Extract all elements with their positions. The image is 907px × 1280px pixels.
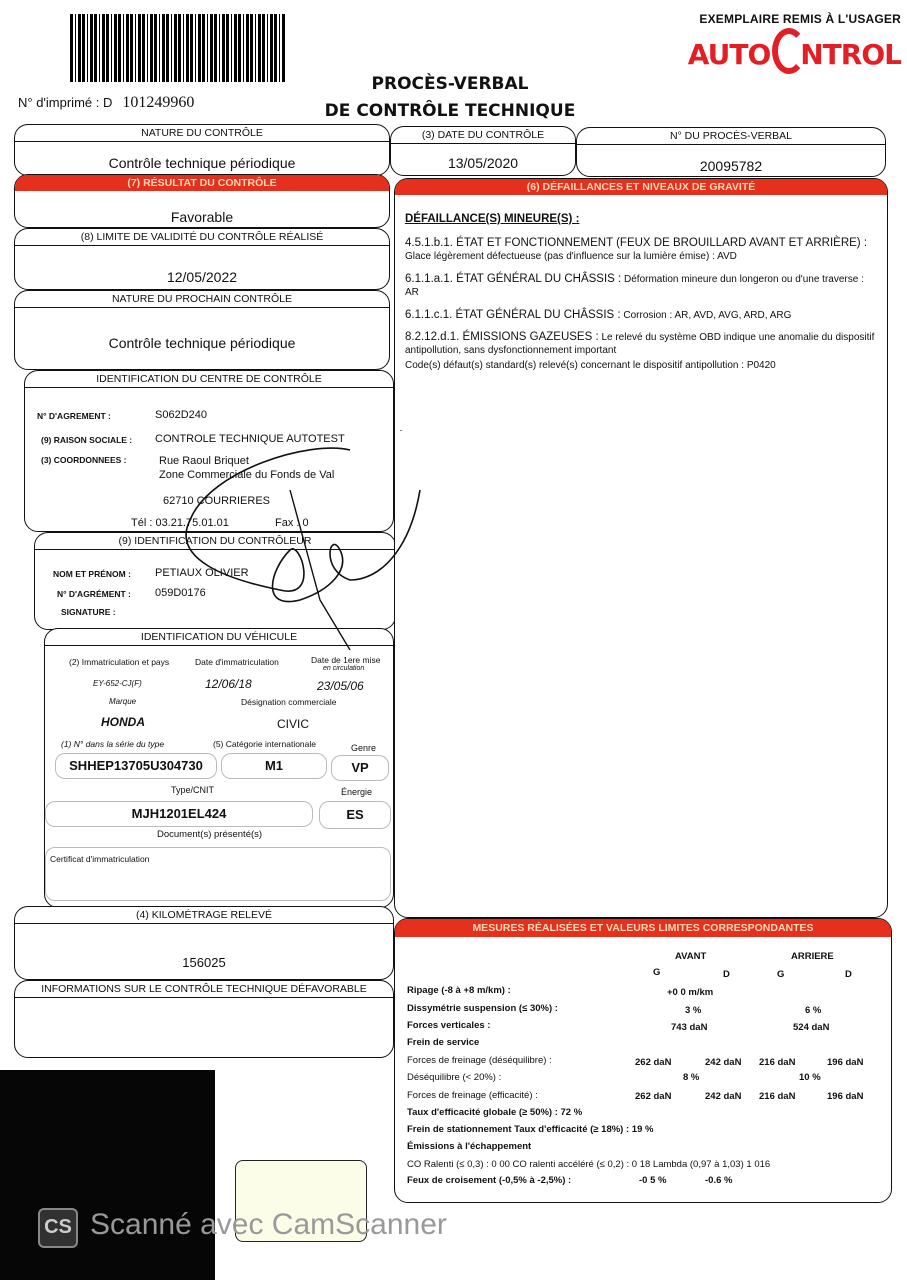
freinage-deseq-avg: 262 daN [635,1057,671,1068]
dissym-arriere: 6 % [805,1005,821,1016]
pv-box: N° DU PROCÈS-VERBAL 20095782 [576,127,886,177]
energie-label: Énergie [341,787,372,797]
avant-header: AVANT [675,951,706,962]
barcode [70,14,285,82]
validity-box: (8) LIMITE DE VALIDITÉ DU CONTRÔLE RÉALI… [14,228,390,290]
immat-value: EY-652-CJ(F) [93,679,142,688]
pv-value: 20095782 [577,158,885,174]
defavorable-box: INFORMATIONS SUR LE CONTRÔLE TECHNIQUE D… [14,980,394,1058]
co-line: CO Ralenti (≤ 0,3) : 0 00 CO ralenti acc… [407,1159,770,1170]
documents-label: Document(s) présenté(s) [157,829,262,840]
defaillance-item: 4.5.1.b.1. ÉTAT ET FONCTIONNEMENT (FEUX … [405,237,877,263]
freinage-deseq-label: Forces de freinage (déséquilibre) : [407,1055,552,1066]
designation-value: CIVIC [277,717,309,731]
freinage-eff-arg: 216 daN [759,1091,795,1102]
avant-d: D [723,969,730,980]
kilometrage-label: (4) KILOMÉTRAGE RELEVÉ [15,907,393,924]
kilometrage-box: (4) KILOMÉTRAGE RELEVÉ 156025 [14,906,394,980]
coord-label: (3) COORDONNEES : [41,455,126,465]
freinage-eff-ard: 196 daN [827,1091,863,1102]
ripage-value: +0 0 m/km [667,987,713,998]
camscanner-icon: CS [38,1208,78,1248]
camscanner-watermark: Scanné avec CamScanner [90,1208,447,1242]
raison-label: (9) RAISON SOCIALE : [41,435,132,445]
forces-vert-avant: 743 daN [671,1022,707,1033]
freinage-deseq-ard: 196 daN [827,1057,863,1068]
result-label: (7) RÉSULTAT DU CONTRÔLE [15,175,389,191]
date-mise-value: 23/05/06 [317,679,364,693]
nature-label: NATURE DU CONTRÔLE [15,125,389,142]
arriere-d: D [845,969,852,980]
type-value: MJH1201EL424 [45,801,313,827]
categorie-value: M1 [221,753,327,779]
scan-dark-area [0,1070,215,1280]
controleur-agrement-label: N° D'AGRÉMENT : [57,589,131,599]
freinage-eff-label: Forces de freinage (efficacité) : [407,1090,538,1101]
genre-value: VP [331,755,389,781]
freinage-deseq-arg: 216 daN [759,1057,795,1068]
marque-label: Marque [109,697,136,706]
forces-vert-label: Forces verticales : [407,1020,490,1031]
date-box: (3) DATE DU CONTRÔLE 13/05/2020 [390,126,576,176]
categorie-label: (5) Catégorie internationale [213,739,316,749]
next-control-label: NATURE DU PROCHAIN CONTRÔLE [15,291,389,308]
deseq-arriere: 10 % [799,1072,821,1083]
feux-label: Feux de croisement (-0,5% à -2,5%) : [407,1175,571,1186]
vehicule-box: IDENTIFICATION DU VÉHICULE (2) Immatricu… [44,628,394,908]
immat-label: (2) Immatriculation et pays [69,657,169,667]
taux-global: Taux d'efficacité globale (≥ 50%) : 72 % [407,1107,582,1118]
feux-d: -0.6 % [705,1175,732,1186]
ripage-label: Ripage (-8 à +8 m/km) : [407,985,511,996]
dissym-label: Dissymétrie suspension (≤ 30%) : [407,1003,558,1014]
freinage-deseq-avd: 242 daN [705,1057,741,1068]
doc-title-line1: PROCÈS-VERBAL [300,74,600,94]
arriere-g: G [777,969,784,980]
imprime-label: N° d'imprimé : D [18,95,112,110]
forces-vert-arriere: 524 daN [793,1022,829,1033]
serie-label: (1) N° dans la série du type [61,739,164,749]
freinage-eff-avg: 262 daN [635,1091,671,1102]
mesures-box: MESURES RÉALISÉES ET VALEURS LIMITES COR… [394,918,892,1203]
centre-agrement-value: S062D240 [155,409,207,421]
feux-g: -0 5 % [639,1175,666,1186]
validity-value: 12/05/2022 [15,269,389,285]
defaillances-box: (6) DÉFAILLANCES ET NIVEAUX DE GRAVITÉ D… [394,178,888,918]
dissym-avant: 3 % [685,1005,701,1016]
autocontrol-logo: AUTONTROL [688,38,901,74]
validity-label: (8) LIMITE DE VALIDITÉ DU CONTRÔLE RÉALI… [15,229,389,246]
genre-label: Genre [351,743,376,753]
deseq-avant: 8 % [683,1072,699,1083]
date-immat-value: 12/06/18 [205,677,252,691]
freinage-eff-avd: 242 daN [705,1091,741,1102]
emissions-label: Émissions à l'échappement [407,1141,531,1152]
date-value: 13/05/2020 [391,155,575,171]
logo-text-right: NTROL [800,38,901,71]
next-control-value: Contrôle technique périodique [15,335,389,351]
serie-value: SHHEP13705U304730 [55,753,217,779]
exemplaire-label: EXEMPLAIRE REMIS À L'USAGER [699,12,901,26]
centre-agrement-label: N° D'AGREMENT : [37,411,111,421]
signature-scribble [150,430,450,650]
pv-label: N° DU PROCÈS-VERBAL [577,128,885,145]
date-mise-label: Date de 1ere mise [311,655,380,665]
logo-text-left: AUTO [688,38,770,71]
date-immat-label: Date d'immatriculation [195,657,279,667]
frein-stationnement: Frein de stationnement Taux d'efficacité… [407,1124,653,1135]
frein-service-label: Frein de service [407,1037,479,1048]
imprime-number: N° d'imprimé : D101249960 [18,94,194,112]
result-box: (7) RÉSULTAT DU CONTRÔLE Favorable [14,174,390,228]
doc-title-line2: DE CONTRÔLE TECHNIQUE [300,101,600,121]
date-label: (3) DATE DU CONTRÔLE [391,127,575,144]
type-label: Type/CNIT [171,785,214,795]
documents-field: Certificat d'immatriculation [45,847,391,901]
controleur-nom-label: NOM ET PRÉNOM : [53,569,131,579]
signature-label: SIGNATURE : [61,607,116,617]
defavorable-label: INFORMATIONS SUR LE CONTRÔLE TECHNIQUE D… [15,981,393,998]
marque-value: HONDA [101,715,145,729]
arriere-header: ARRIERE [791,951,834,962]
centre-label: IDENTIFICATION DU CENTRE DE CONTRÔLE [25,371,393,388]
defaillance-item: 6.1.1.a.1. ÉTAT GÉNÉRAL DU CHÂSSIS : Déf… [405,273,877,299]
imprime-value: 101249960 [122,94,194,111]
mesures-label: MESURES RÉALISÉES ET VALEURS LIMITES COR… [395,919,891,937]
energie-value: ES [319,801,391,829]
avant-g: G [653,967,660,978]
defaut-code-line: Code(s) défaut(s) standard(s) relevé(s) … [405,359,877,372]
defaillance-item: 8.2.12.d.1. ÉMISSIONS GAZEUSES : Le rele… [405,331,877,357]
result-value: Favorable [15,209,389,225]
date-mise-sub: en circulation [323,665,364,672]
defaillances-heading: DÉFAILLANCE(S) MINEURE(S) : [405,213,877,226]
documents-value: Certificat d'immatriculation [50,854,149,864]
deseq-label: Déséquilibre (< 20%) : [407,1072,501,1083]
defaillance-item: 6.1.1.c.1. ÉTAT GÉNÉRAL DU CHÂSSIS : Cor… [405,309,877,322]
designation-label: Désignation commerciale [241,697,336,707]
nature-box: NATURE DU CONTRÔLE Contrôle technique pé… [14,124,390,176]
next-control-box: NATURE DU PROCHAIN CONTRÔLE Contrôle tec… [14,290,390,370]
defaillances-label: (6) DÉFAILLANCES ET NIVEAUX DE GRAVITÉ [395,179,887,195]
kilometrage-value: 156025 [15,955,393,970]
nature-value: Contrôle technique périodique [15,155,389,171]
